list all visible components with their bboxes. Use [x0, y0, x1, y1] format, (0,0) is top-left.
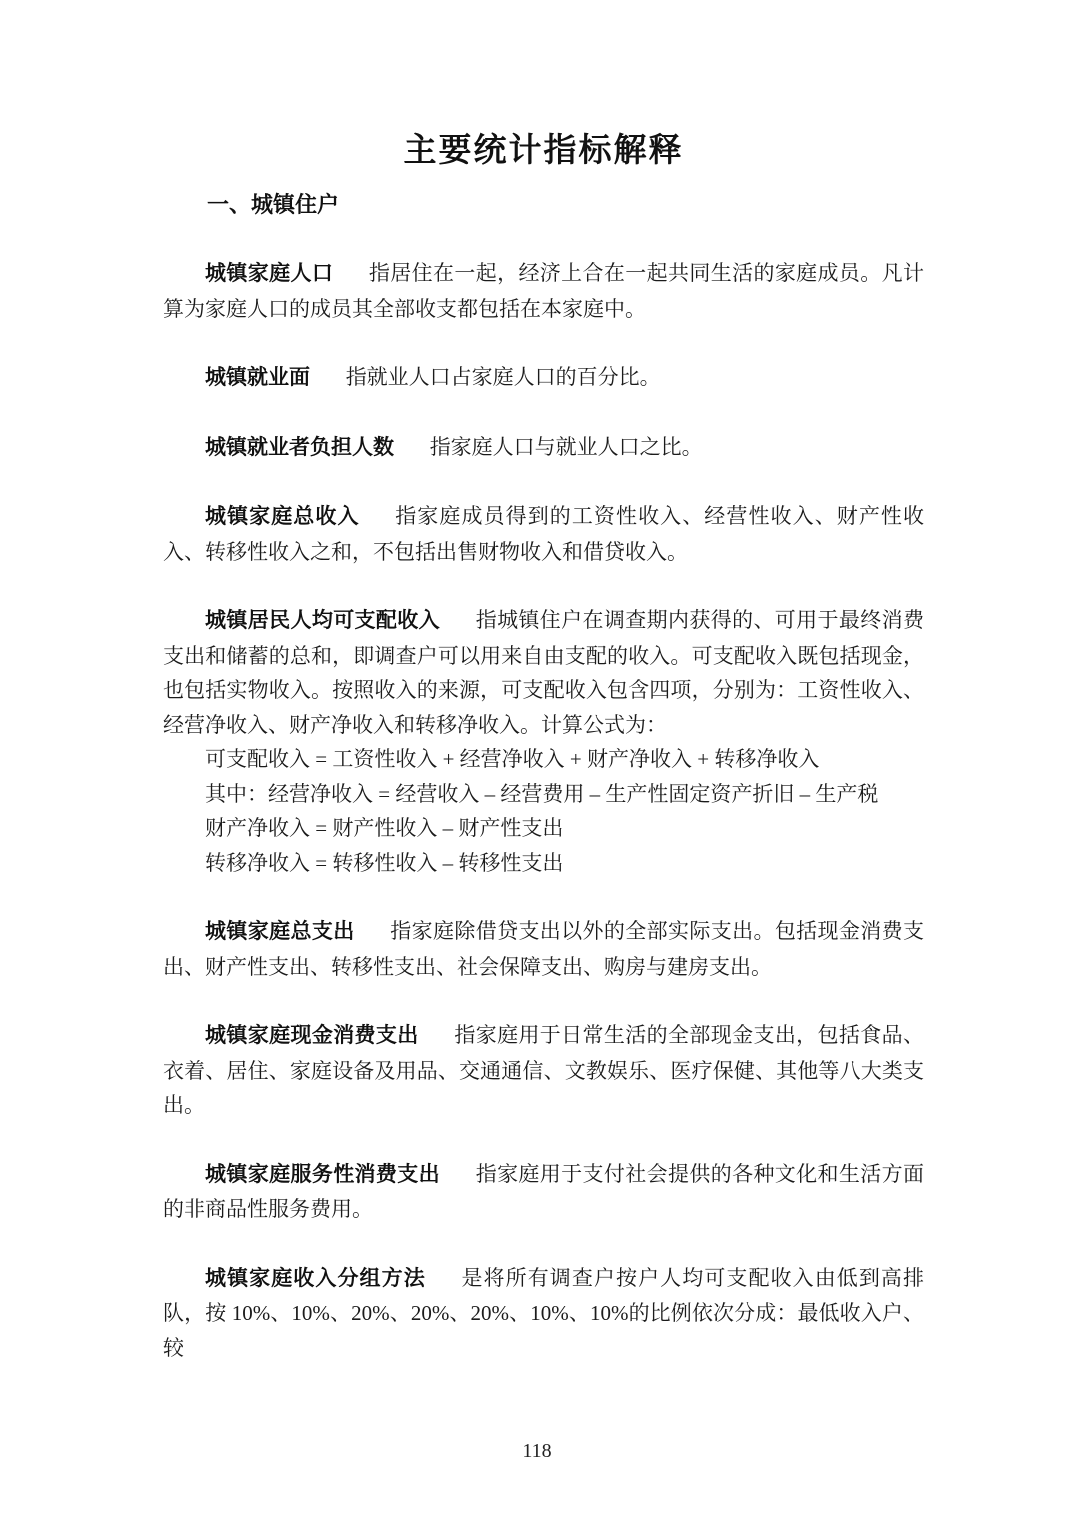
entry-paragraph: 城镇家庭人口指居住在一起，经济上合在一起共同生活的家庭成员。凡计算为家庭人口的成… — [163, 256, 924, 326]
entry-term: 城镇就业面 — [205, 366, 310, 389]
formula-net-business-income: 其中：经营净收入 = 经营收入 – 经营费用 – 生产性固定资产折旧 – 生产税 — [163, 777, 924, 812]
entry-paragraph: 城镇家庭服务性消费支出指家庭用于支付社会提供的各种文化和生活方面的非商品性服务费… — [163, 1157, 924, 1227]
entry-per-capita-disposable-income: 城镇居民人均可支配收入指城镇住户在调查期内获得的、可用于最终消费支出和储蓄的总和… — [163, 603, 924, 880]
entry-paragraph: 城镇家庭收入分组方法是将所有调查户按户人均可支配收入由低到高排队，按 10%、1… — [163, 1261, 924, 1366]
formula-net-transfer-income: 转移净收入 = 转移性收入 – 转移性支出 — [163, 846, 924, 881]
entry-term: 城镇家庭服务性消费支出 — [205, 1163, 440, 1186]
section-heading: 一、城镇住户 — [163, 188, 924, 222]
entry-term: 城镇家庭收入分组方法 — [205, 1267, 426, 1290]
entry-paragraph: 城镇家庭现金消费支出指家庭用于日常生活的全部现金支出，包括食品、衣着、居住、家庭… — [163, 1018, 924, 1123]
page-title: 主要统计指标解释 — [163, 128, 924, 172]
entry-term: 城镇家庭总支出 — [205, 920, 355, 943]
entry-paragraph: 城镇家庭总收入指家庭成员得到的工资性收入、经营性收入、财产性收入、转移性收入之和… — [163, 499, 924, 569]
entry-paragraph: 城镇就业者负担人数指家庭人口与就业人口之比。 — [163, 430, 924, 466]
entry-paragraph: 城镇居民人均可支配收入指城镇住户在调查期内获得的、可用于最终消费支出和储蓄的总和… — [163, 603, 924, 742]
entry-term: 城镇家庭人口 — [205, 262, 333, 285]
entry-paragraph: 城镇就业面指就业人口占家庭人口的百分比。 — [163, 360, 924, 396]
entry-term: 城镇家庭总收入 — [205, 505, 360, 528]
entry-dependents-per-employee: 城镇就业者负担人数指家庭人口与就业人口之比。 — [163, 430, 924, 466]
entry-definition: 指家庭人口与就业人口之比。 — [430, 435, 703, 459]
entry-urban-employment-rate: 城镇就业面指就业人口占家庭人口的百分比。 — [163, 360, 924, 396]
document-page: 主要统计指标解释 一、城镇住户 城镇家庭人口指居住在一起，经济上合在一起共同生活… — [0, 0, 1074, 1520]
page-number: 118 — [0, 1440, 1074, 1463]
formula-net-property-income: 财产净收入 = 财产性收入 – 财产性支出 — [163, 811, 924, 846]
entry-total-household-expenditure: 城镇家庭总支出指家庭除借贷支出以外的全部实际支出。包括现金消费支出、财产性支出、… — [163, 914, 924, 984]
entry-income-grouping-method: 城镇家庭收入分组方法是将所有调查户按户人均可支配收入由低到高排队，按 10%、1… — [163, 1261, 924, 1366]
entry-term: 城镇家庭现金消费支出 — [205, 1024, 419, 1047]
entry-term: 城镇居民人均可支配收入 — [205, 609, 440, 632]
entry-cash-consumption-expenditure: 城镇家庭现金消费支出指家庭用于日常生活的全部现金支出，包括食品、衣着、居住、家庭… — [163, 1018, 924, 1123]
formula-disposable-income: 可支配收入 = 工资性收入 + 经营净收入 + 财产净收入 + 转移净收入 — [163, 742, 924, 777]
entry-definition: 指就业人口占家庭人口的百分比。 — [346, 365, 661, 389]
entry-urban-household-population: 城镇家庭人口指居住在一起，经济上合在一起共同生活的家庭成员。凡计算为家庭人口的成… — [163, 256, 924, 326]
entry-term: 城镇就业者负担人数 — [205, 436, 394, 459]
entry-service-consumption-expenditure: 城镇家庭服务性消费支出指家庭用于支付社会提供的各种文化和生活方面的非商品性服务费… — [163, 1157, 924, 1227]
entry-paragraph: 城镇家庭总支出指家庭除借贷支出以外的全部实际支出。包括现金消费支出、财产性支出、… — [163, 914, 924, 984]
entry-total-household-income: 城镇家庭总收入指家庭成员得到的工资性收入、经营性收入、财产性收入、转移性收入之和… — [163, 499, 924, 569]
